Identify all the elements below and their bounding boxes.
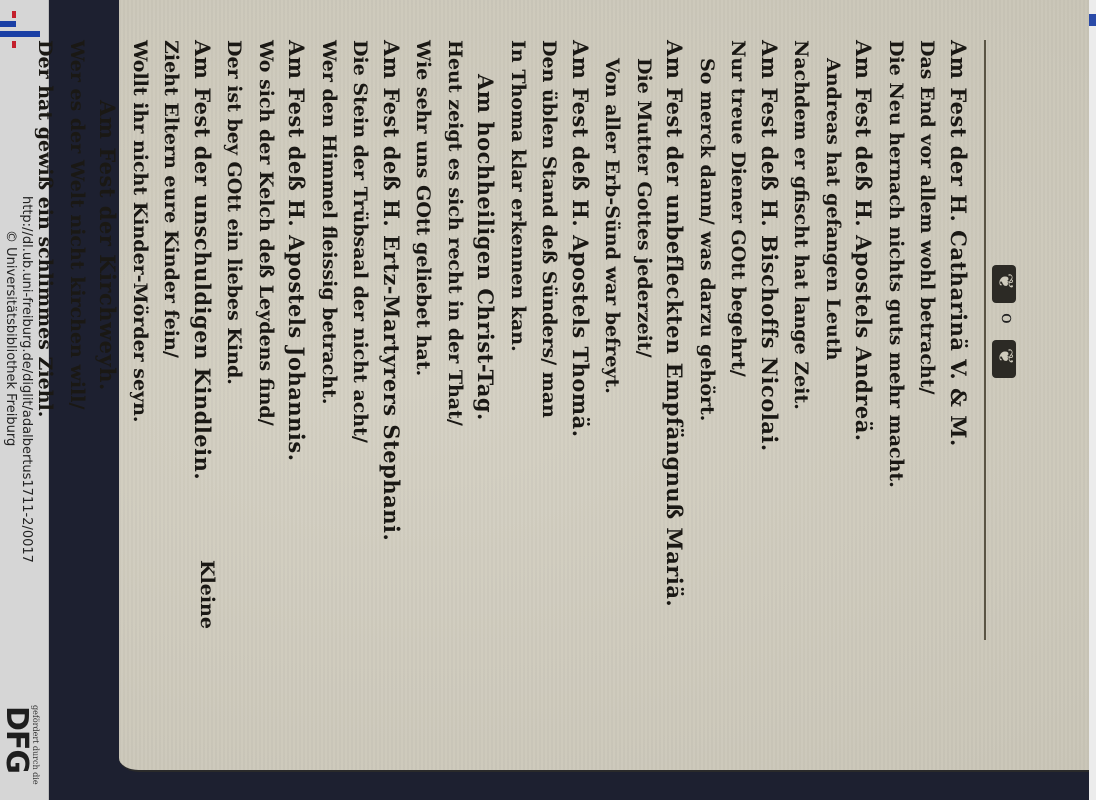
verse-line: Das End vor allem wohl betracht/ [911, 40, 943, 720]
copyright-notice: © Universitätsbibliothek Freiburg [3, 230, 18, 446]
verse-line: So merck dann/ was darzu gehört. [691, 40, 723, 720]
verse-line: Den üblen Stand deß Sünders/ man [533, 40, 565, 720]
ornament-right-icon [992, 340, 1016, 378]
verse-line: Zieht Eltern eure Kinder fein/ [155, 40, 187, 720]
verse-line: Von aller Erb-Sünd war befreyt. [596, 40, 628, 720]
feast-heading: Am Fest deß H. Apostels Johannis. [281, 40, 313, 720]
verse-line: Der ist bey GOtt ein liebes Kind. [218, 40, 250, 720]
feast-heading: Am Fest der Kirchweyh. [92, 40, 124, 720]
verse-line: Wer es der Welt nicht kirchen will/ [61, 40, 93, 720]
feast-heading: Am Fest deß H. Ertz-Martyrers Stephani. [376, 40, 408, 720]
catchword: Kleine [196, 560, 218, 629]
verse-line: Wollt ihr nicht Kinder-Mörder seyn. [124, 40, 156, 720]
verse-line: Wo sich der Kelch deß Leydens find/ [250, 40, 282, 720]
page-content-rotated: o Am Fest der H. Catharinä V. & M.Das En… [144, 40, 1024, 720]
header-rule [984, 40, 986, 640]
feast-heading: Am Fest deß H. Apostels Thomä. [565, 40, 597, 720]
verse-line: Wie sehr uns GOtt geliebet hat. [407, 40, 439, 720]
verse-text: Am Fest der H. Catharinä V. & M.Das End … [29, 40, 974, 720]
verse-line: Wer den Himmel fleissig betracht. [313, 40, 345, 720]
scanned-page: o Am Fest der H. Catharinä V. & M.Das En… [119, 0, 1096, 772]
running-header: o [984, 40, 1024, 640]
ornament-left-icon [992, 265, 1016, 303]
scroll-marker-icon [1089, 14, 1096, 26]
verse-line: Andreas hat gefangen Leuth [817, 40, 849, 720]
feast-heading: Am Fest deß H. Apostels Andreä. [848, 40, 880, 720]
verse-line: Die Mutter Gottes jederzeit/ [628, 40, 660, 720]
verse-line: Heut zeigt es sich recht in der That/ [439, 40, 471, 720]
verse-line: Die Neu hernach nichts guts mehr macht. [880, 40, 912, 720]
verse-line: Nachdem er gfischt hat lange Zeit. [785, 40, 817, 720]
page-number: o [997, 313, 1018, 324]
verse-line: In Thoma klar erkennen kan. [502, 40, 534, 720]
feast-heading: Am Fest der unbefleckten Empfängnuß Mari… [659, 40, 691, 720]
feast-heading: Am Fest deß H. Bischoffs Nicolai. [754, 40, 786, 720]
verse-line: Nur treue Diener GOtt begehrt/ [722, 40, 754, 720]
right-scroll-strip[interactable] [1089, 0, 1096, 800]
verse-line: Der hat gewiß ein schlimmes Ziehl. [29, 40, 61, 720]
verse-line: Die Stein der Trübsaal der nicht acht/ [344, 40, 376, 720]
feast-heading: Am Fest der H. Catharinä V. & M. [943, 40, 975, 720]
feast-heading: Am hochheiligen Christ-Tag. [470, 40, 502, 720]
